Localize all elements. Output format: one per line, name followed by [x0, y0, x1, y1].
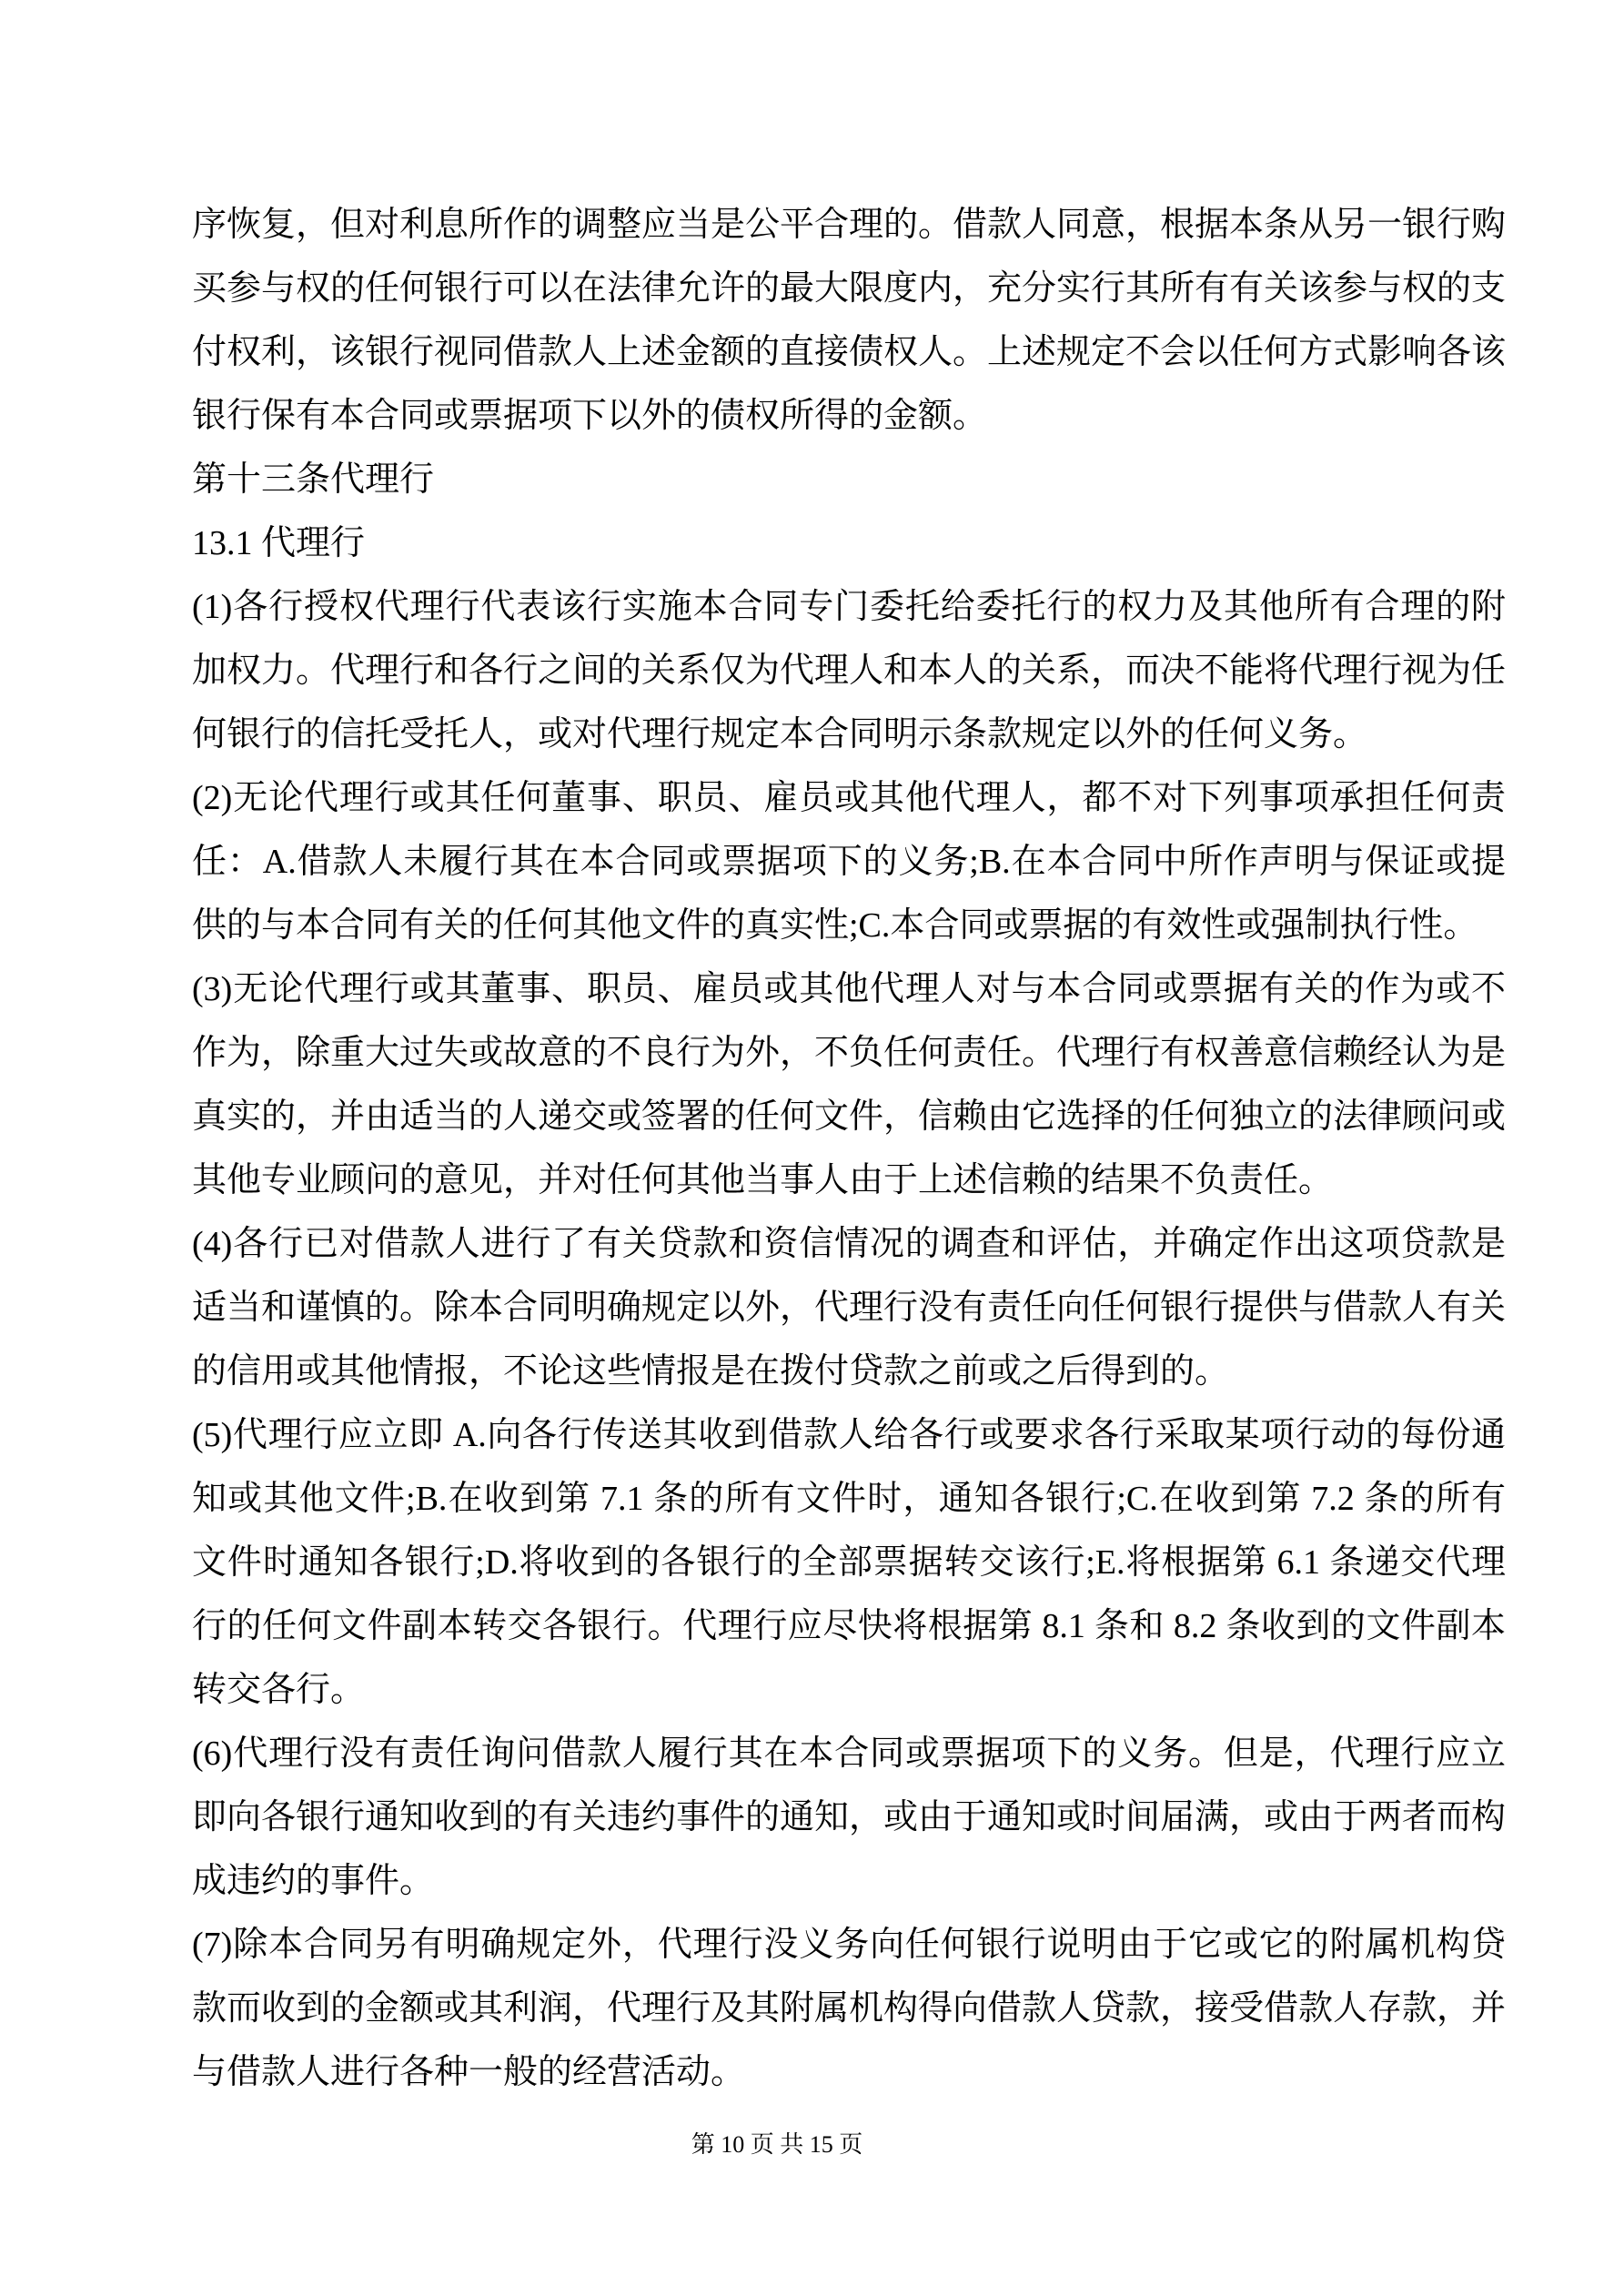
text-line: 银行保有本合同或票据项下以外的债权所得的金额。	[192, 384, 1506, 448]
contract-text-block: 序恢复，但对利息所作的调整应当是公平合理的。借款人同意，根据本条从另一银行购 买…	[192, 193, 1506, 2104]
section-heading: 第十三条代理行	[192, 448, 1506, 511]
text-line: 其他专业顾问的意见，并对任何其他当事人由于上述信赖的结果不负责任。	[192, 1148, 1506, 1212]
text-line: 知或其他文件;B.在收到第 7.1 条的所有文件时，通知各银行;C.在收到第 7…	[192, 1467, 1506, 1531]
text-line: 序恢复，但对利息所作的调整应当是公平合理的。借款人同意，根据本条从另一银行购	[192, 193, 1506, 257]
text-line: 转交各行。	[192, 1658, 1506, 1722]
text-line: 供的与本合同有关的任何其他文件的真实性;C.本合同或票据的有效性或强制执行性。	[192, 894, 1506, 957]
text-line: 适当和谨慎的。除本合同明确规定以外，代理行没有责任向任何银行提供与借款人有关	[192, 1276, 1506, 1340]
text-line: 款而收到的金额或其利润，代理行及其附属机构得向借款人贷款，接受借款人存款，并	[192, 1977, 1506, 2040]
text-line: 与借款人进行各种一般的经营活动。	[192, 2040, 1506, 2104]
text-line: (1)各行授权代理行代表该行实施本合同专门委托给委托行的权力及其他所有合理的附	[192, 575, 1506, 639]
text-line: 文件时通知各银行;D.将收到的各银行的全部票据转交该行;E.将根据第 6.1 条…	[192, 1531, 1506, 1594]
text-line: 行的任何文件副本转交各银行。代理行应尽快将根据第 8.1 条和 8.2 条收到的…	[192, 1594, 1506, 1658]
text-line: (6)代理行没有责任询问借款人履行其在本合同或票据项下的义务。但是，代理行应立	[192, 1722, 1506, 1785]
text-line: 买参与权的任何银行可以在法律允许的最大限度内，充分实行其所有有关该参与权的支	[192, 257, 1506, 320]
text-line: (3)无论代理行或其董事、职员、雇员或其他代理人对与本合同或票据有关的作为或不	[192, 957, 1506, 1021]
document-page: 序恢复，但对利息所作的调整应当是公平合理的。借款人同意，根据本条从另一银行购 买…	[0, 0, 1624, 2296]
text-line: 真实的，并由适当的人递交或签署的任何文件，信赖由它选择的任何独立的法律顾问或	[192, 1085, 1506, 1148]
text-line: 何银行的信托受托人，或对代理行规定本合同明示条款规定以外的任何义务。	[192, 703, 1506, 766]
text-line: (4)各行已对借款人进行了有关贷款和资信情况的调查和评估，并确定作出这项贷款是	[192, 1212, 1506, 1276]
text-line: 任：A.借款人未履行其在本合同或票据项下的义务;B.在本合同中所作声明与保证或提	[192, 830, 1506, 894]
text-line: 作为，除重大过失或故意的不良行为外，不负任何责任。代理行有权善意信赖经认为是	[192, 1021, 1506, 1085]
text-line: (5)代理行应立即 A.向各行传送其收到借款人给各行或要求各行采取某项行动的每份…	[192, 1403, 1506, 1467]
page-footer: 第 10 页 共 15 页	[550, 2113, 1004, 2177]
text-line: (7)除本合同另有明确规定外，代理行没义务向任何银行说明由于它或它的附属机构贷	[192, 1913, 1506, 1977]
text-line: 付权利，该银行视同借款人上述金额的直接债权人。上述规定不会以任何方式影响各该	[192, 320, 1506, 384]
text-line: 加权力。代理行和各行之间的关系仅为代理人和本人的关系，而决不能将代理行视为任	[192, 639, 1506, 703]
subsection-heading: 13.1 代理行	[192, 511, 1506, 575]
text-line: 即向各银行通知收到的有关违约事件的通知，或由于通知或时间届满，或由于两者而构	[192, 1785, 1506, 1849]
text-line: 的信用或其他情报，不论这些情报是在拨付贷款之前或之后得到的。	[192, 1340, 1506, 1403]
text-line: 成违约的事件。	[192, 1849, 1506, 1913]
text-line: (2)无论代理行或其任何董事、职员、雇员或其他代理人，都不对下列事项承担任何责	[192, 766, 1506, 830]
